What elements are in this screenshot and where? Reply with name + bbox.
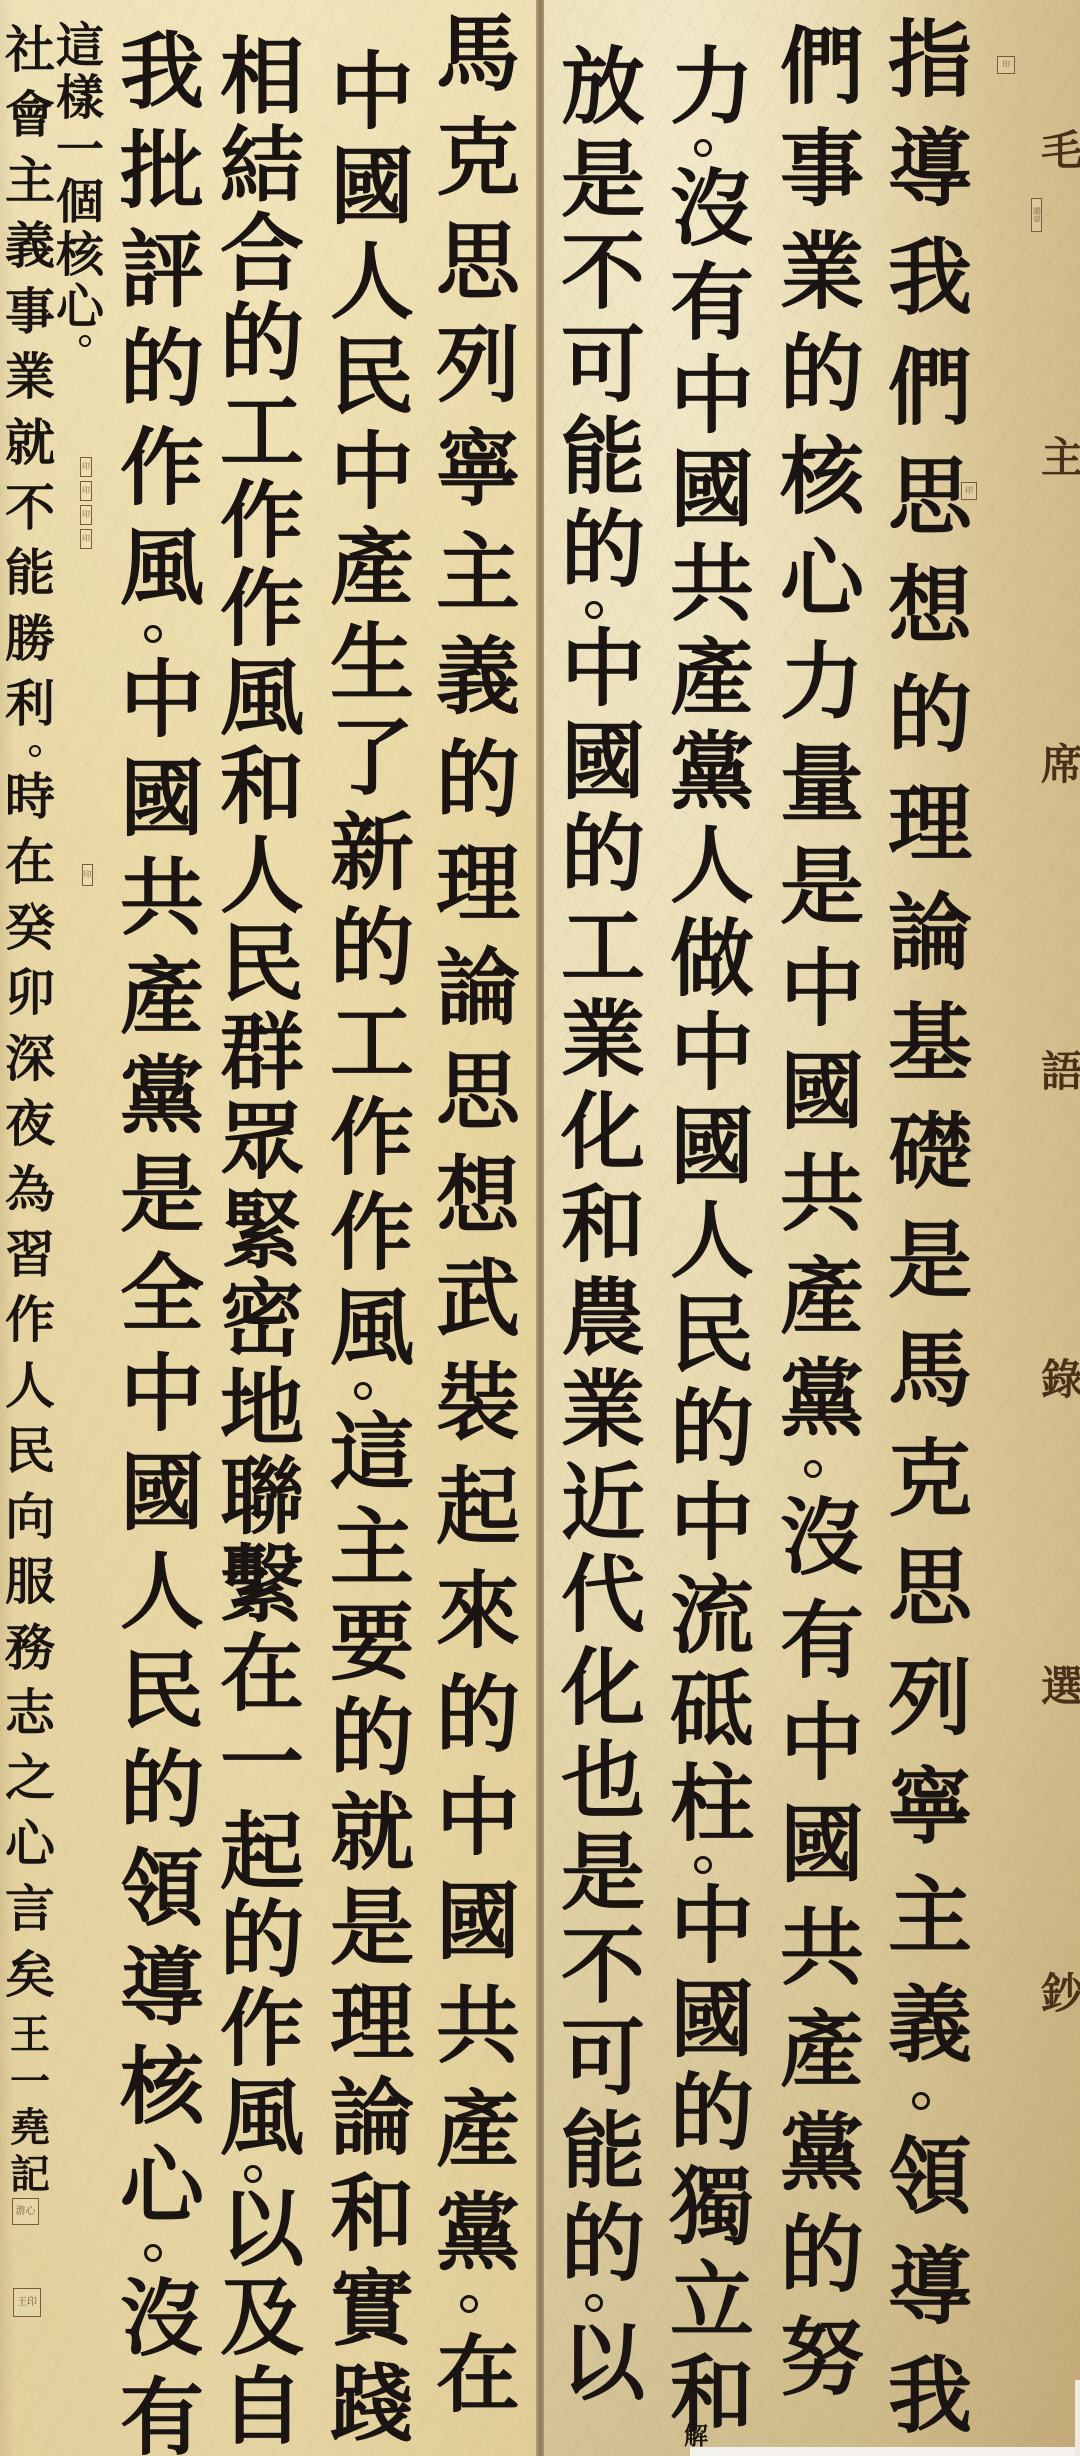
calligraphy-column-left-1: 馬克思列寧主義的理論思想武裝起來的中國共產黨。在 [426,12,530,2417]
calligraphy-character: 是 [561,1831,645,1915]
calligraphy-character: 一 [220,1721,304,1805]
calligraphy-character: 的 [120,327,204,411]
calligraphy-character: 就 [330,1791,414,1875]
punctuation-mark: 。 [585,2294,603,2312]
calligraphy-character: 中 [670,354,754,438]
calligraphy-column-left-3: 相結合的工作作風和人民群眾緊密地聯繫在一起的作風。以及自 [210,35,314,2449]
calligraphy-character: 癸 [5,903,55,953]
calligraphy-character: 聯 [220,1455,304,1539]
calligraphy-character: 中 [670,1011,754,1095]
calligraphy-character: 領 [888,2135,972,2219]
calligraphy-character: 是 [330,1886,414,1970]
calligraphy-character: 作 [220,567,304,651]
calligraphy-character: 思 [436,1050,520,1134]
calligraphy-character: 作 [120,426,204,510]
calligraphy-character: 共 [780,1152,864,1236]
calligraphy-character: 起 [220,1810,304,1894]
calligraphy-character: 和 [561,1183,645,1267]
calligraphy-character: 事 [780,127,864,211]
punctuation-mark: 。 [804,1460,822,1478]
calligraphy-character: 產 [780,1255,864,1339]
calligraphy-character: 一 [56,126,104,174]
calligraphy-character: 論 [436,946,520,1030]
calligraphy-character: 民 [220,922,304,1006]
calligraphy-character: 寧 [436,427,520,511]
calligraphy-character: 也 [561,1739,645,1823]
calligraphy-character: 以 [561,2321,645,2405]
calligraphy-character: 導 [888,127,972,211]
calligraphy-character: 主 [1041,437,1080,479]
calligraphy-character: 我 [888,2354,972,2438]
calligraphy-character: 自 [220,2365,304,2449]
calligraphy-character: 這 [56,22,104,70]
seal-stamp-icon: 印 [80,505,92,525]
calligraphy-character: 記 [10,2155,50,2195]
calligraphy-character: 產 [120,955,204,1039]
signature-seal-icon: 澹心 [12,2198,39,2225]
calligraphy-character: 馬 [436,12,520,96]
calligraphy-character: 努 [780,2316,864,2400]
calligraphy-character: 共 [120,856,204,940]
calligraphy-character: 論 [888,891,972,975]
calligraphy-character: 武 [436,1257,520,1341]
calligraphy-character: 業 [780,230,864,314]
calligraphy-character: 民 [330,335,414,419]
calligraphy-character: 能 [5,548,55,598]
calligraphy-character: 列 [888,1656,972,1740]
calligraphy-character: 向 [5,1492,55,1542]
calligraphy-character: 來 [436,1569,520,1653]
calligraphy-character: 的 [436,738,520,822]
calligraphy-character: 業 [561,1368,645,1452]
calligraphy-character: 獨 [670,2165,754,2249]
calligraphy-column-left-4: 我批評的作風。中國共產黨是全中國人民的領導核心。沒有 [110,30,214,2456]
punctuation-mark: 。 [460,2295,478,2313]
calligraphy-character: 中 [780,947,864,1031]
calligraphy-character: 們 [780,25,864,109]
calligraphy-character: 風 [220,656,304,740]
calligraphy-character: 實 [330,2267,414,2351]
calligraphy-character: 可 [561,323,645,407]
calligraphy-character: 理 [436,842,520,926]
calligraphy-character: 國 [780,1050,864,1134]
calligraphy-character: 習 [5,1230,55,1280]
calligraphy-character: 言 [5,1884,55,1934]
calligraphy-character: 的 [220,1898,304,1982]
calligraphy-character: 國 [670,448,754,532]
calligraphy-character: 民 [5,1426,55,1476]
calligraphy-character: 風 [220,2076,304,2160]
calligraphy-character: 我 [120,30,204,114]
calligraphy-character: 矣 [5,1950,55,2000]
calligraphy-character: 樣 [56,74,104,122]
punctuation-mark: 。 [144,2244,162,2262]
calligraphy-character: 民 [670,1293,754,1377]
calligraphy-character: 代 [561,1553,645,1637]
calligraphy-character: 中 [670,1884,754,1968]
calligraphy-character: 了 [330,716,414,800]
calligraphy-character: 堯 [10,2108,50,2148]
calligraphy-character: 國 [670,1105,754,1189]
calligraphy-character: 在 [436,2333,520,2417]
calligraphy-character: 以 [220,2187,304,2271]
calligraphy-character: 想 [888,564,972,648]
calligraphy-character: 風 [120,526,204,610]
calligraphy-character: 的 [561,508,645,592]
calligraphy-character: 起 [436,1465,520,1549]
calligraphy-column-right-4: 放是不可能的。中國的工業化和農業近代化也是不可能的。以 [551,45,655,2405]
calligraphy-character: 的 [561,2202,645,2286]
calligraphy-character: 國 [436,1880,520,1964]
calligraphy-character: 合 [220,212,304,296]
calligraphy-character: 立 [670,2259,754,2343]
calligraphy-character: 密 [220,1277,304,1361]
calligraphy-character: 理 [330,1981,414,2065]
scroll-right-edge [1075,2380,1080,2456]
calligraphy-character: 共 [436,1984,520,2068]
calligraphy-character: 能 [561,415,645,499]
calligraphy-character: 黨 [780,1357,864,1441]
calligraphy-character: 結 [220,124,304,208]
calligraphy-character: 和 [330,2172,414,2256]
calligraphy-character: 力 [670,45,754,129]
calligraphy-character: 義 [888,1983,972,2067]
calligraphy-character: 人 [5,1361,55,1411]
calligraphy-character: 心 [56,283,104,331]
calligraphy-character: 全 [120,1252,204,1336]
calligraphy-character: 產 [436,2088,520,2172]
calligraphy-character: 思 [888,455,972,539]
seal-stamp-icon: 印 [80,481,92,501]
calligraphy-character: 作 [220,1987,304,2071]
calligraphy-character: 志 [5,1688,55,1738]
calligraphy-character: 義 [5,221,55,271]
calligraphy-character: 繫 [220,1543,304,1627]
calligraphy-character: 國 [330,145,414,229]
calligraphy-character: 心 [5,1819,55,1869]
calligraphy-character: 們 [888,346,972,430]
calligraphy-character: 勝 [5,614,55,664]
calligraphy-character: 礎 [888,1110,972,1194]
calligraphy-character: 的 [561,812,645,896]
calligraphy-character: 黨 [670,730,754,814]
punctuation-mark: 。 [694,1856,712,1874]
calligraphy-character: 卯 [5,968,55,1018]
calligraphy-character: 流 [670,1574,754,1658]
calligraphy-character: 核 [780,435,864,519]
calligraphy-character: 人 [330,240,414,324]
calligraphy-character: 深 [5,1034,55,1084]
calligraphy-character: 基 [888,1001,972,1085]
calligraphy-character: 錄 [1041,1359,1080,1401]
calligraphy-character: 裝 [436,1361,520,1445]
calligraphy-character: 是 [780,845,864,929]
calligraphy-character: 人 [670,1199,754,1283]
calligraphy-character: 主 [888,1874,972,1958]
calligraphy-character: 選 [1041,1666,1080,1708]
calligraphy-character: 化 [561,1090,645,1174]
calligraphy-character: 國 [561,720,645,804]
calligraphy-character: 主 [330,1506,414,1590]
calligraphy-character: 的 [780,332,864,416]
calligraphy-character: 人 [120,1550,204,1634]
calligraphy-character: 工 [561,905,645,989]
calligraphy-character: 個 [56,178,104,226]
calligraphy-character: 在 [5,837,55,887]
calligraphy-character: 一 [10,2062,50,2102]
calligraphy-character: 業 [561,998,645,1082]
calligraphy-character: 國 [670,1978,754,2062]
calligraphy-character: 沒 [120,2277,204,2361]
scroll-bottom-edge [690,2447,1080,2456]
calligraphy-character: 是 [561,138,645,222]
calligraphy-character: 和 [670,2353,754,2437]
calligraphy-character: 王 [10,2015,50,2055]
punctuation-mark: 。 [585,601,603,619]
calligraphy-character: 緊 [220,1189,304,1273]
punctuation-mark: 。 [354,1382,372,1400]
calligraphy-character: 可 [561,2016,645,2100]
calligraphy-character: 時 [5,772,55,822]
calligraphy-character: 不 [5,483,55,533]
calligraphy-character: 社 [5,25,55,75]
signature-seal-icon: 王印 [13,2288,41,2317]
calligraphy-character: 導 [120,1946,204,2030]
calligraphy-character: 生 [330,621,414,705]
punctuation-mark: 。 [694,139,712,157]
calligraphy-character: 地 [220,1366,304,1450]
calligraphy-character: 這 [330,1411,414,1495]
calligraphy-character: 的 [330,1696,414,1780]
calligraphy-character: 新 [330,811,414,895]
calligraphy-character: 夜 [5,1099,55,1149]
calligraphy-character: 的 [436,1673,520,1757]
calligraphy-character: 共 [670,542,754,626]
calligraphy-character: 工 [330,1001,414,1085]
calligraphy-character: 作 [5,1295,55,1345]
calligraphy-character: 席 [1041,744,1080,786]
calligraphy-character: 中 [780,1701,864,1785]
seal-stamp-icon: 印 [80,457,92,477]
calligraphy-character: 領 [120,1847,204,1931]
calligraphy-character: 毛 [1041,130,1080,172]
calligraphy-character: 人 [220,834,304,918]
calligraphy-character: 近 [561,1461,645,1545]
panel-divider [536,0,544,2456]
inscription-column: 社會主義事業就不能勝利。時在癸卯深夜為習作人民向服務志之心言矣 [2,25,58,2000]
calligraphy-character: 黨 [780,2111,864,2195]
calligraphy-character: 黨 [120,1054,204,1138]
calligraphy-character: 中 [120,1352,204,1436]
punctuation-mark: 。 [79,335,91,347]
calligraphy-character: 是 [120,1153,204,1237]
punctuation-mark: 。 [29,745,41,757]
calligraphy-character: 批 [120,129,204,213]
calligraphy-character: 要 [330,1601,414,1685]
calligraphy-character: 踐 [330,2362,414,2446]
calligraphy-character: 不 [561,1924,645,2008]
calligraphy-character: 作 [330,1096,414,1180]
calligraphy-column-right-2: 們事業的核心力量是中國共產黨。沒有中國共產黨的努 [770,25,874,2400]
calligraphy-character: 國 [120,1451,204,1535]
calligraphy-character: 工 [220,390,304,474]
calligraphy-character: 鈔 [1041,1973,1080,2015]
calligraphy-character: 有 [120,2376,204,2456]
calligraphy-character: 砥 [670,1668,754,1752]
calligraphy-character: 在 [220,1632,304,1716]
punctuation-mark: 。 [912,2092,930,2110]
seal-stamp-icon: 印 [82,864,93,886]
calligraphy-character: 利 [5,679,55,729]
calligraphy-character: 風 [330,1286,414,1370]
calligraphy-character: 事 [5,287,55,337]
calligraphy-character: 民 [120,1649,204,1733]
calligraphy-character: 產 [670,636,754,720]
calligraphy-character: 做 [670,917,754,1001]
calligraphy-character: 主 [5,156,55,206]
calligraphy-character: 為 [5,1165,55,1215]
calligraphy-character: 沒 [780,1496,864,1580]
calligraphy-character: 的 [120,1748,204,1832]
calligraphy-character: 黨 [436,2191,520,2275]
calligraphy-character: 產 [780,2008,864,2092]
calligraphy-character: 中 [436,1776,520,1860]
calligraphy-character: 評 [120,228,204,312]
calligraphy-character: 想 [436,1154,520,1238]
calligraphy-character: 力 [780,640,864,724]
artist-signature: 王一堯記 [4,2015,56,2195]
calligraphy-character: 農 [561,1276,645,1360]
calligraphy-character: 的 [670,2071,754,2155]
calligraphy-character: 有 [670,261,754,345]
calligraphy-character: 指 [888,18,972,102]
calligraphy-character: 量 [780,742,864,826]
calligraphy-character: 會 [5,90,55,140]
calligraphy-character: 義 [436,635,520,719]
calligraphy-character: 國 [120,757,204,841]
calligraphy-character: 沒 [670,167,754,251]
calligraphy-character: 柱 [670,1762,754,1846]
calligraphy-character: 的 [670,1387,754,1471]
calligraphy-character: 克 [888,1437,972,1521]
calligraphy-character: 中 [330,50,414,134]
calligraphy-character: 我 [888,236,972,320]
calligraphy-character: 不 [561,230,645,314]
calligraphy-character: 的 [220,301,304,385]
calligraphy-character: 產 [330,526,414,610]
calligraphy-character: 心 [120,2144,204,2228]
calligraphy-character: 業 [5,352,55,402]
calligraphy-character: 就 [5,418,55,468]
calligraphy-character: 眾 [220,1100,304,1184]
calligraphy-character: 化 [561,1646,645,1730]
punctuation-mark: 。 [144,625,162,643]
calligraphy-character: 之 [5,1753,55,1803]
calligraphy-character: 核 [120,2045,204,2129]
calligraphy-character: 放 [561,45,645,129]
calligraphy-character: 心 [780,537,864,621]
calligraphy-character: 的 [330,906,414,990]
calligraphy-character: 和 [220,745,304,829]
seal-stamp-icon: 印 [80,529,92,549]
calligraphy-character: 的 [888,673,972,757]
calligraphy-character: 有 [780,1599,864,1683]
calligraphy-character: 思 [436,220,520,304]
calligraphy-character: 語 [1041,1051,1080,1093]
seal-stamp-icon: 印 [997,56,1015,74]
calligraphy-character: 及 [220,2276,304,2360]
calligraphy-column-left-5: 這樣一個核心。 [50,22,110,347]
calligraphy-character: 共 [780,1906,864,1990]
calligraphy-character: 寧 [888,1765,972,1849]
calligraphy-character: 務 [5,1623,55,1673]
calligraphy-character: 論 [330,2076,414,2160]
seal-stamp-icon: 印 [961,482,977,500]
calligraphy-character: 中 [330,430,414,514]
calligraphy-character: 克 [436,116,520,200]
calligraphy-column-left-2: 中國人民中產生了新的工作作風。這主要的就是理論和實踐 [320,50,424,2446]
calligraphy-character: 國 [780,1803,864,1887]
margin-correction-note: 解 [684,2424,708,2448]
calligraphy-character: 中 [120,658,204,742]
calligraphy-character: 中 [670,1481,754,1565]
calligraphy-character: 能 [561,2109,645,2193]
calligraphy-character: 作 [330,1191,414,1275]
title-column: 毛主席語錄選鈔 [1038,130,1080,2015]
calligraphy-character: 列 [436,323,520,407]
calligraphy-character: 相 [220,35,304,119]
calligraphy-character: 作 [220,479,304,563]
calligraphy-character: 核 [56,231,104,279]
calligraphy-character: 導 [888,2245,972,2329]
calligraphy-column-right-1: 指導我們思想的理論基礎是馬克思列寧主義。領導我 [878,18,982,2438]
calligraphy-character: 馬 [888,1328,972,1412]
calligraphy-character: 中 [561,627,645,711]
calligraphy-character: 是 [888,1219,972,1303]
calligraphy-character: 主 [436,531,520,615]
seal-stamp-icon: 閑章 [1031,198,1042,232]
calligraphy-character: 理 [888,782,972,866]
calligraphy-character: 思 [888,1546,972,1630]
calligraphy-character: 的 [780,2213,864,2297]
calligraphy-column-right-3: 力。沒有中國共產黨人做中國人民的中流砥柱。中國的獨立和 [660,45,764,2437]
calligraphy-character: 群 [220,1011,304,1095]
calligraphy-character: 人 [670,824,754,908]
calligraphy-character: 服 [5,1557,55,1607]
